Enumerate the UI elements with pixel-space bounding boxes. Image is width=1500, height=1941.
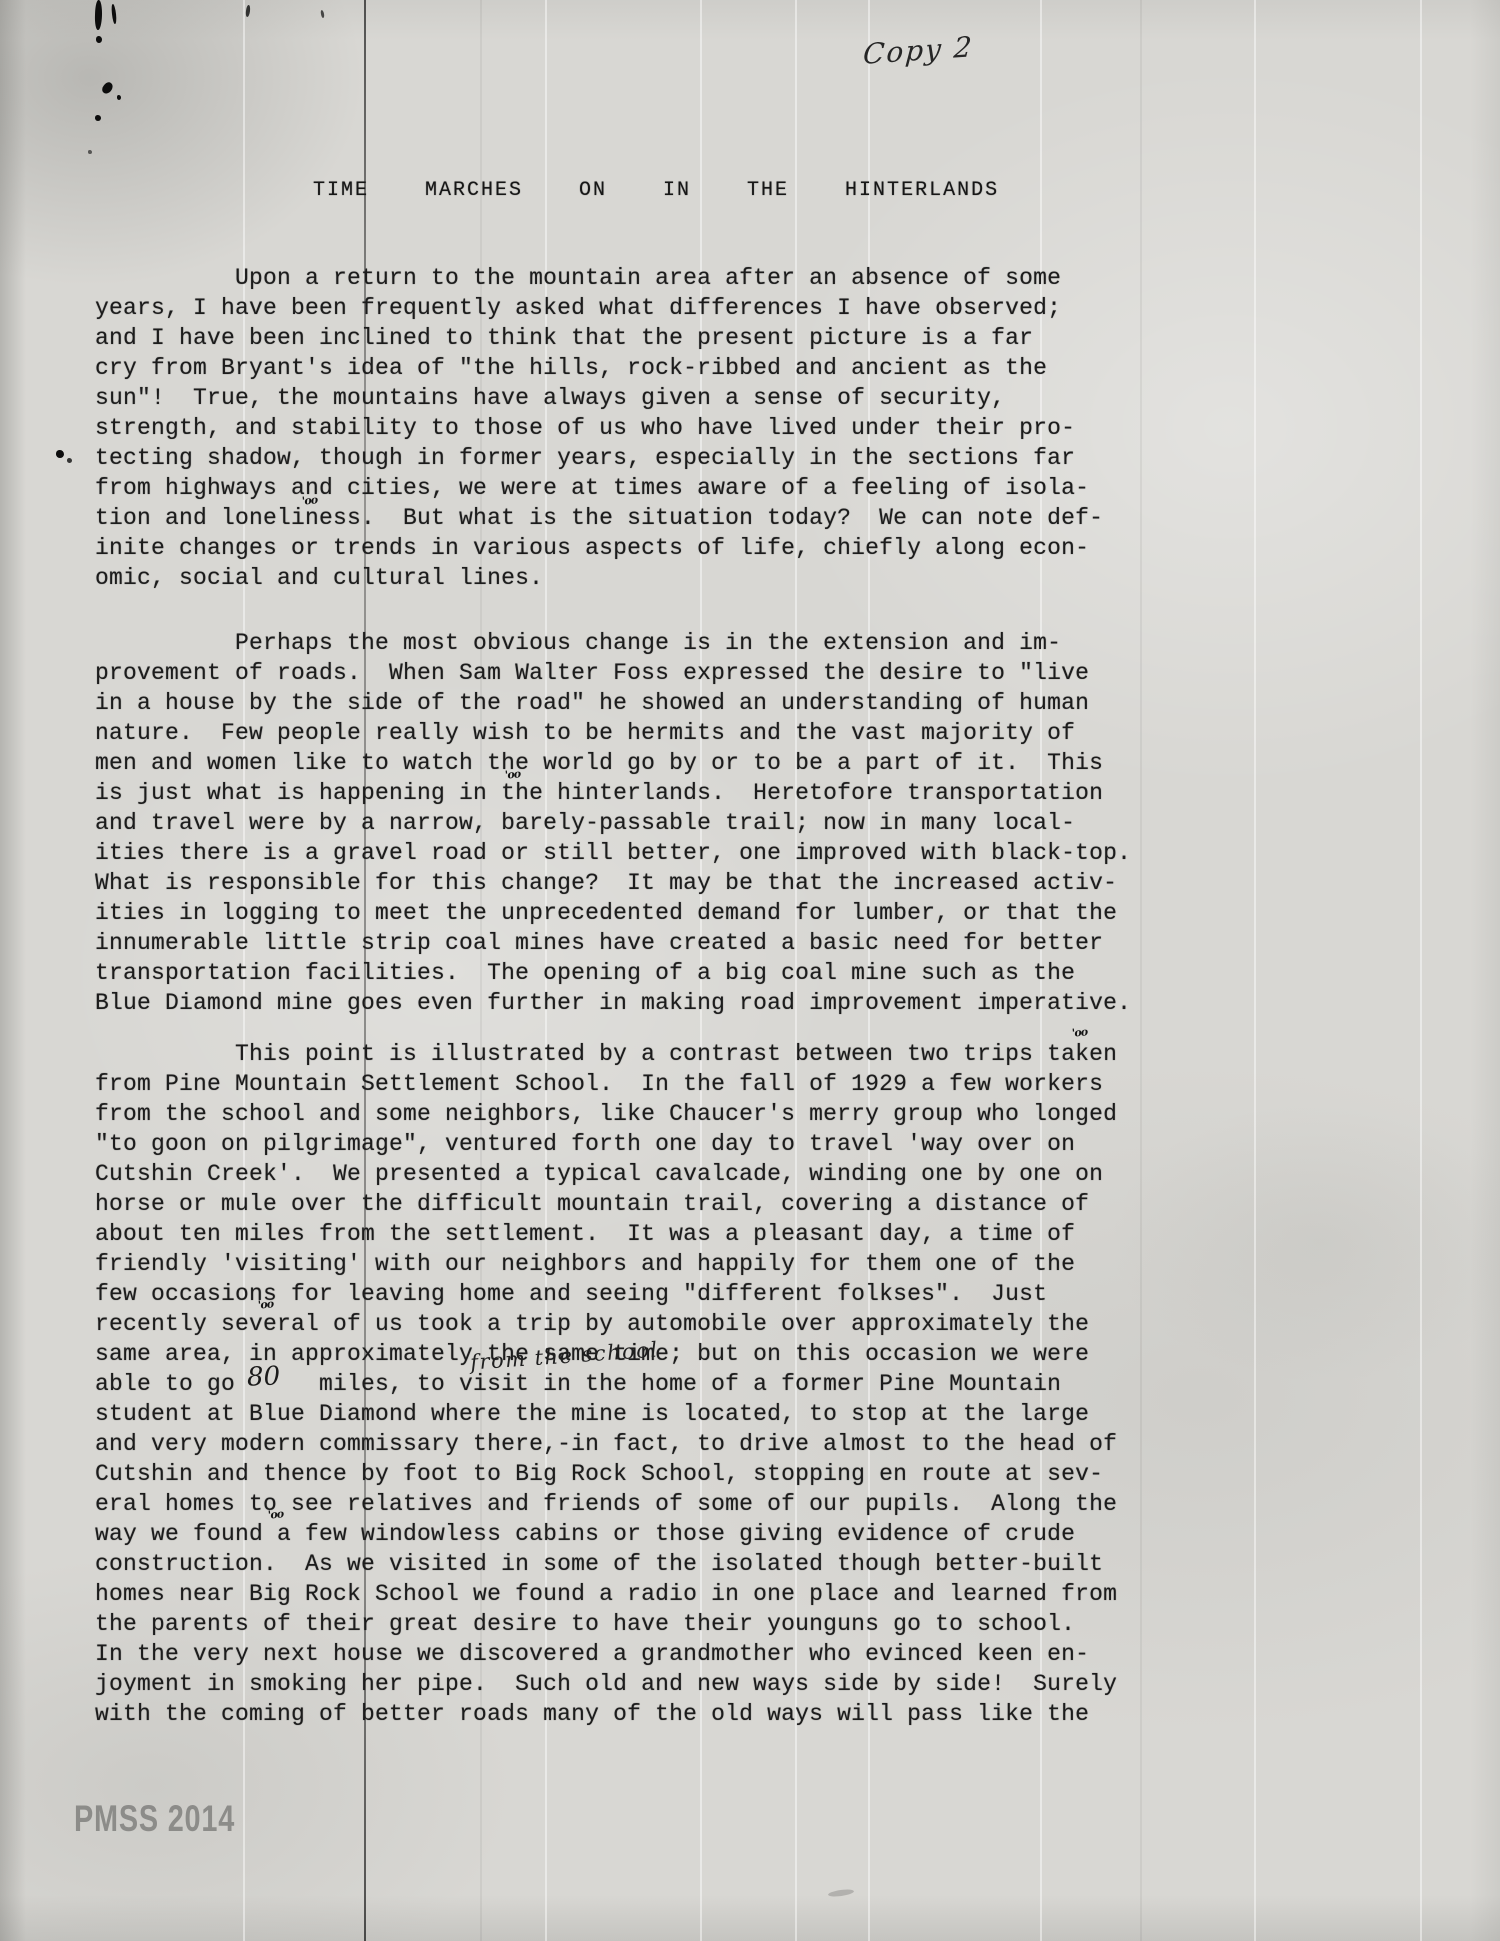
ink-speck (100, 81, 115, 96)
scan-streak (1420, 0, 1422, 1941)
ink-speck (320, 10, 324, 18)
scan-streak (1140, 0, 1142, 1941)
ink-speck (67, 458, 72, 463)
scan-streak (1254, 0, 1256, 1941)
proof-mark: 'oo (504, 767, 520, 782)
ink-speck (117, 95, 121, 100)
watermark: PMSS 2014 (74, 1798, 235, 1840)
proof-mark: 'oo (257, 1297, 273, 1312)
ink-speck (56, 450, 64, 458)
ink-speck (95, 115, 101, 121)
smudge-mark (828, 1888, 855, 1898)
ink-speck (111, 4, 117, 24)
proof-mark: 'oo (1071, 1025, 1087, 1040)
scanned-document-page: Copy 2 TIME MARCHES ON IN THE HINTERLAND… (0, 0, 1500, 1941)
document-title: TIME MARCHES ON IN THE HINTERLANDS (313, 179, 999, 202)
paragraph-1: Upon a return to the mountain area after… (95, 263, 1103, 593)
paragraph-2: Perhaps the most obvious change is in th… (95, 628, 1131, 1018)
proof-mark: 'oo (301, 493, 317, 508)
ink-speck (245, 5, 251, 17)
handwritten-miles-value: 80 (246, 1361, 280, 1392)
proof-mark: 'oo (267, 1507, 283, 1522)
ink-speck (88, 150, 92, 154)
handwritten-copy-number: Copy 2 (862, 30, 975, 71)
ink-speck (96, 36, 102, 43)
ink-speck (94, 0, 102, 30)
